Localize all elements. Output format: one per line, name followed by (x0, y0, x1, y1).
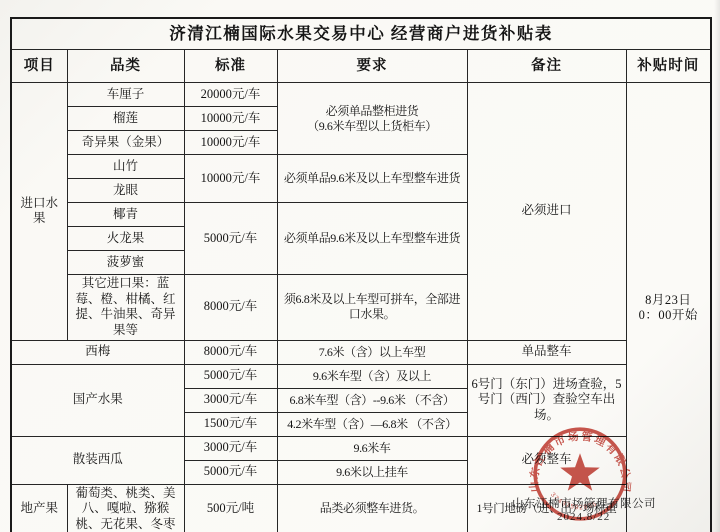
cell-standard: 5000元/车 (184, 460, 277, 484)
table-row: 国产水果5000元/车9.6米车型（含）及以上6号门（东门）进场查验，5号门（西… (11, 364, 711, 388)
cell-requirement: 9.6米车型（含）及以上 (277, 364, 467, 388)
cell-category: 车厘子 (67, 83, 184, 107)
photo-edge-shadow (714, 0, 720, 532)
cell-note: 单品整车 (467, 340, 626, 364)
cell-note: 必须进口 (467, 83, 626, 341)
cell-standard: 20000元/车 (184, 83, 277, 107)
cell-note: 必须整车 (467, 436, 626, 484)
cell-requirement: 4.2米车型（含）—6.8米 （不含） (277, 412, 467, 436)
signature-date: 2024.8/22 (557, 511, 610, 523)
table-row: 进口水果车厘子20000元/车必须单品整柜进货 （9.6米车型以上货柜车）必须进… (11, 83, 711, 107)
cell-item-category: 国产水果 (11, 364, 184, 436)
company-signature: 山东江楠市场管理有限公司 (512, 495, 656, 511)
col-header-time: 补贴时间 (626, 50, 711, 83)
cell-subsidy-time: 8月23日 0：00开始 (626, 83, 711, 532)
title-row: 济清江楠国际水果交易中心 经营商户进货补贴表 (11, 18, 711, 50)
cell-category: 奇异果（金果） (67, 131, 184, 155)
col-header-item: 项目 (11, 50, 67, 83)
col-header-standard: 标准 (184, 50, 277, 83)
cell-category: 榴莲 (67, 107, 184, 131)
subsidy-table: 济清江楠国际水果交易中心 经营商户进货补贴表 项目 品类 标准 要求 备注 补贴… (10, 17, 712, 532)
table-body: 进口水果车厘子20000元/车必须单品整柜进货 （9.6米车型以上货柜车）必须进… (11, 83, 711, 532)
cell-standard: 5000元/车 (184, 364, 277, 388)
cell-item: 地产果 (11, 484, 67, 532)
cell-requirement: 品类必须整车进货。 (277, 484, 467, 532)
header-row: 项目 品类 标准 要求 备注 补贴时间 (11, 50, 711, 83)
col-header-note: 备注 (467, 50, 626, 83)
col-header-requirement: 要求 (277, 50, 467, 83)
cell-category: 椰青 (67, 203, 184, 227)
cell-standard: 1500元/车 (184, 412, 277, 436)
col-header-category: 品类 (67, 50, 184, 83)
cell-standard: 8000元/车 (184, 340, 277, 364)
cell-standard: 10000元/车 (184, 131, 277, 155)
cell-standard: 3000元/车 (184, 388, 277, 412)
cell-requirement: 须6.8米及以上车型可拼车，全部进口水果。 (277, 275, 467, 341)
cell-category: 龙眼 (67, 179, 184, 203)
cell-category: 山竹 (67, 155, 184, 179)
cell-requirement: 必须单品9.6米及以上车型整车进货 (277, 155, 467, 203)
table-row: 散装西瓜3000元/车9.6米车必须整车 (11, 436, 711, 460)
cell-requirement: 7.6米（含）以上车型 (277, 340, 467, 364)
cell-standard: 8000元/车 (184, 275, 277, 341)
cell-requirement: 必须单品整柜进货 （9.6米车型以上货柜车） (277, 83, 467, 155)
table-row: 西梅8000元/车7.6米（含）以上车型单品整车 (11, 340, 711, 364)
cell-item-category: 西梅 (11, 340, 184, 364)
cell-category: 火龙果 (67, 227, 184, 251)
table-title: 济清江楠国际水果交易中心 经营商户进货补贴表 (11, 18, 711, 50)
cell-requirement: 9.6米车 (277, 436, 467, 460)
cell-item: 进口水果 (11, 83, 67, 341)
cell-item-category: 散装西瓜 (11, 436, 184, 484)
cell-requirement: 6.8米车型（含）--9.6米 （不含） (277, 388, 467, 412)
document-sheet: 济清江楠国际水果交易中心 经营商户进货补贴表 项目 品类 标准 要求 备注 补贴… (0, 0, 720, 532)
cell-category: 葡萄类、桃类、美八、嘎啦、猕猴桃、无花果、冬枣 (67, 484, 184, 532)
cell-requirement: 9.6米以上挂车 (277, 460, 467, 484)
cell-standard: 5000元/车 (184, 203, 277, 275)
cell-standard: 10000元/车 (184, 155, 277, 203)
cell-note: 6号门（东门）进场查验，5号门（西门）查验空车出场。 (467, 364, 626, 436)
cell-category: 菠萝蜜 (67, 251, 184, 275)
cell-standard: 3000元/车 (184, 436, 277, 460)
cell-standard: 10000元/车 (184, 107, 277, 131)
cell-category: 其它进口果：蓝莓、橙、柑橘、红提、牛油果、奇异果等 (67, 275, 184, 341)
cell-requirement: 必须单品9.6米及以上车型整车进货 (277, 203, 467, 275)
cell-standard: 500元/吨 (184, 484, 277, 532)
